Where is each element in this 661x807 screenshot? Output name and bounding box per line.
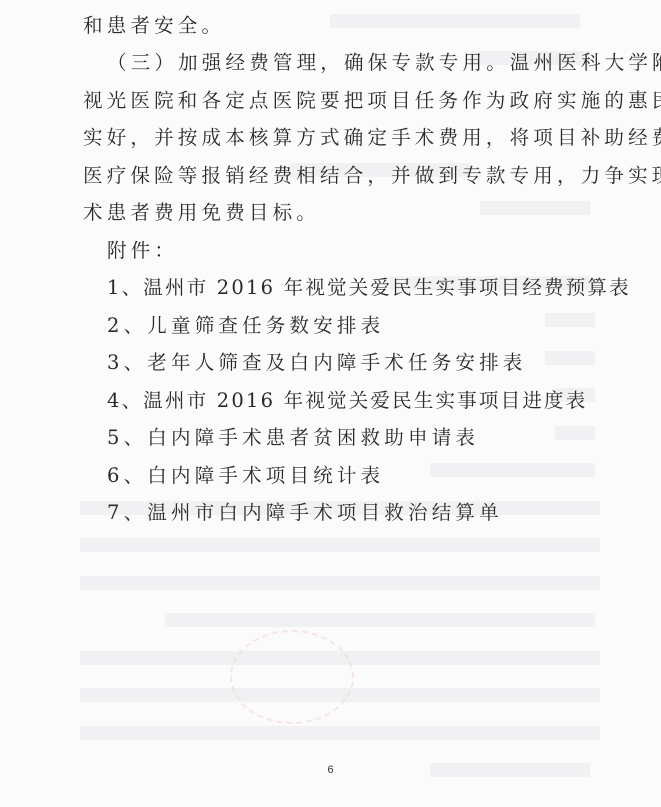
bleed-line <box>330 14 580 28</box>
paragraph-line: 术患者费用免费目标。 <box>83 201 320 225</box>
bleed-line <box>165 613 595 627</box>
bleed-line <box>480 201 590 215</box>
stamp-bleed-through <box>230 630 354 724</box>
bleed-line <box>555 426 595 440</box>
attachment-item: 4、温州市 2016 年视觉关爱民生实事项目进度表 <box>107 389 587 413</box>
paragraph-line: 视光医院和各定点医院要把项目任务作为政府实施的惠民工程落 <box>83 89 661 113</box>
attachment-item: 2、儿童筛查任务数安排表 <box>107 314 384 338</box>
attachment-item: 3、老年人筛查及白内障手术任务安排表 <box>107 351 527 375</box>
bleed-line <box>545 351 595 365</box>
attachment-item: 5、白内障手术患者贫困救助申请表 <box>107 426 479 450</box>
bleed-line <box>430 463 595 477</box>
paragraph-line: 和患者安全。 <box>83 14 225 38</box>
bleed-line <box>80 688 600 702</box>
attachments-heading: 附件： <box>107 239 178 263</box>
section-heading-line: （三）加强经费管理，确保专款专用。温州医科大学附属眼 <box>107 51 661 75</box>
paragraph-line: 实好，并按成本核算方式确定手术费用，将项目补助经费与居民 <box>83 126 661 150</box>
document-page: 和患者安全。 （三）加强经费管理，确保专款专用。温州医科大学附属眼 视光医院和各… <box>0 0 661 807</box>
bleed-line <box>545 313 595 327</box>
bleed-line <box>80 651 600 665</box>
attachment-item: 6、白内障手术项目统计表 <box>107 464 384 488</box>
attachment-item: 1、温州市 2016 年视觉关爱民生实事项目经费预算表 <box>107 276 631 300</box>
paragraph-line: 医疗保险等报销经费相结合，并做到专款专用，力争实现项目手 <box>83 164 661 188</box>
attachment-item: 7、温州市白内障手术项目救治结算单 <box>107 501 503 525</box>
page-number: 6 <box>0 764 661 776</box>
bleed-line <box>80 538 600 552</box>
bleed-line <box>80 576 600 590</box>
bleed-line <box>80 726 600 740</box>
